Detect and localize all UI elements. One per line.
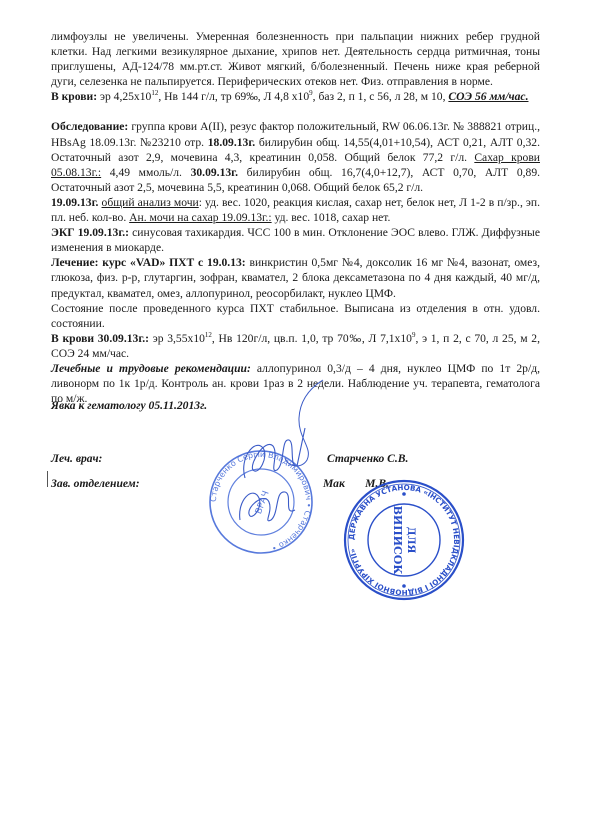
physical-exam-paragraph: лимфоузлы не увеличены. Умеренная болезн… (51, 29, 540, 89)
survey-paragraph: Обследование: группа крови А(II), резус … (51, 119, 540, 194)
urine-sugar-label: Ан. мочи на сахар 19.09.13г.: (129, 211, 271, 224)
esr-value: СОЭ 56 мм/час. (448, 90, 528, 103)
spacer (51, 104, 540, 119)
discharge-summary: лимфоузлы не увеличены. Умеренная болезн… (51, 29, 540, 406)
department-head-label: Зав. отделением: (51, 477, 140, 490)
treatment-paragraph: Лечение: курс «VAD» ПХТ с 19.0.13: винкр… (51, 255, 540, 300)
ecg-paragraph: ЭКГ 19.09.13г.: синусовая тахикардия. ЧС… (51, 225, 540, 255)
ecg-label: ЭКГ 19.09.13г.: (51, 226, 129, 239)
urine-analysis-paragraph: 19.09.13г. общий анализ мочи: уд. вес. 1… (51, 195, 540, 225)
appointment-note: Явка к гематологу 05.11.2013г. (51, 399, 207, 412)
blood-test-final: В крови 30.09.13г.: эр 3,55х1012, Нв 120… (51, 331, 540, 361)
survey-label: Обследование: (51, 120, 128, 133)
discharge-state-paragraph: Состояние после проведенного курса ПХТ с… (51, 301, 540, 331)
margin-mark (47, 471, 48, 487)
blood-final-label: В крови 30.09.13г.: (51, 332, 149, 345)
attending-doctor-label: Леч. врач: (51, 452, 102, 465)
institution-stamp-icon: ДЕРЖАВНА УСТАНОВА «ІНСТИТУТ НЕВІДКЛАДНОЇ… (342, 478, 466, 602)
svg-text:ВИПИСОК: ВИПИСОК (391, 506, 404, 575)
treatment-label: Лечение: курс «VAD» ПХТ с 19.0.13: (51, 256, 246, 269)
head-signature-icon (235, 470, 305, 530)
recommendations-label: Лечебные и трудовые рекомендации: (51, 362, 251, 375)
blood-test-initial: В крови: эр 4,25х1012, Нв 144 г/л, тр 69… (51, 89, 540, 104)
attending-doctor-name: Старченко С.В. (327, 452, 408, 465)
urine-analysis-label: общий анализ мочи (102, 196, 199, 209)
blood-label: В крови: (51, 90, 97, 103)
svg-text:ДЛЯ: ДЛЯ (405, 527, 416, 554)
